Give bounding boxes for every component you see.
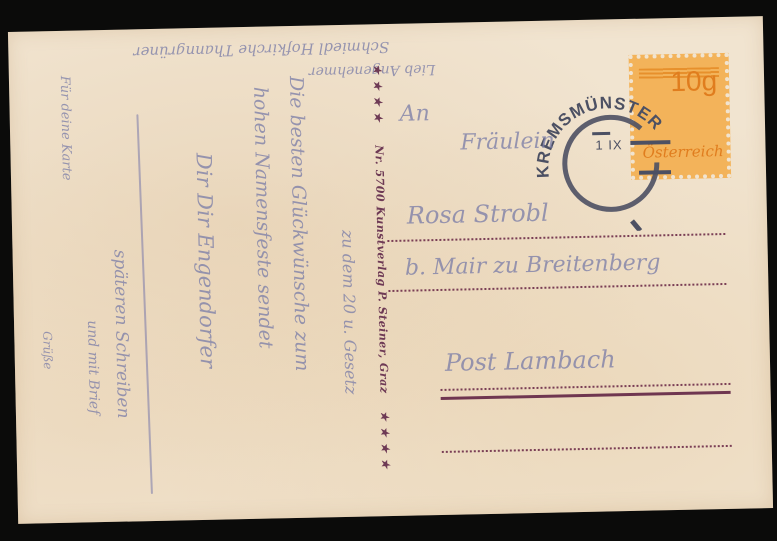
address-line-5: Post Lambach (445, 345, 616, 377)
publisher-text: Nr. 5700 Kunstverlag P. Steiner, Graz (372, 145, 390, 394)
address-line-2: Fräulein (460, 129, 555, 156)
postcard: Schmiedl Hofkirche Thanngrüner Lieb Ange… (8, 16, 773, 524)
inverted-handwriting-top: Schmiedl Hofkirche Thanngrüner (133, 38, 389, 61)
star-ornament-left: ★★★★ (371, 64, 385, 128)
address-rule-4 (442, 445, 732, 453)
message-line-8: Grüße (40, 331, 55, 369)
message-line-1: Die besten Glückwünsche zum (285, 76, 313, 372)
message-line-2: hohen Namensfeste sendet (249, 86, 276, 348)
message-line-6: und mit Brief (84, 320, 102, 415)
message-line-3: Dir Dir Engendorfer (192, 153, 221, 369)
message-line-4: zu dem 20 u. Gesetz (338, 230, 360, 395)
message-divider-stroke (136, 114, 153, 494)
star-ornament-right: ★★★★ (378, 411, 392, 475)
postmark-date: 1 IX (595, 137, 622, 153)
address-line-4: b. Mair zu Breitenberg (405, 250, 661, 280)
address-line-3: Rosa Strobl (407, 199, 549, 230)
message-line-5: späteren Schreiben (110, 249, 134, 418)
publisher-imprint: ★★★★ Nr. 5700 Kunstverlag P. Steiner, Gr… (364, 64, 393, 504)
address-rule-solid (441, 391, 731, 400)
address-rule-2 (388, 283, 726, 292)
address-line-1: An (399, 101, 430, 127)
message-line-7: Für deine Karte (57, 76, 74, 181)
address-rule-3 (441, 383, 731, 391)
address-rule-1 (387, 233, 725, 242)
postmark-cancel: KREMSMÜNSTER (529, 80, 682, 233)
